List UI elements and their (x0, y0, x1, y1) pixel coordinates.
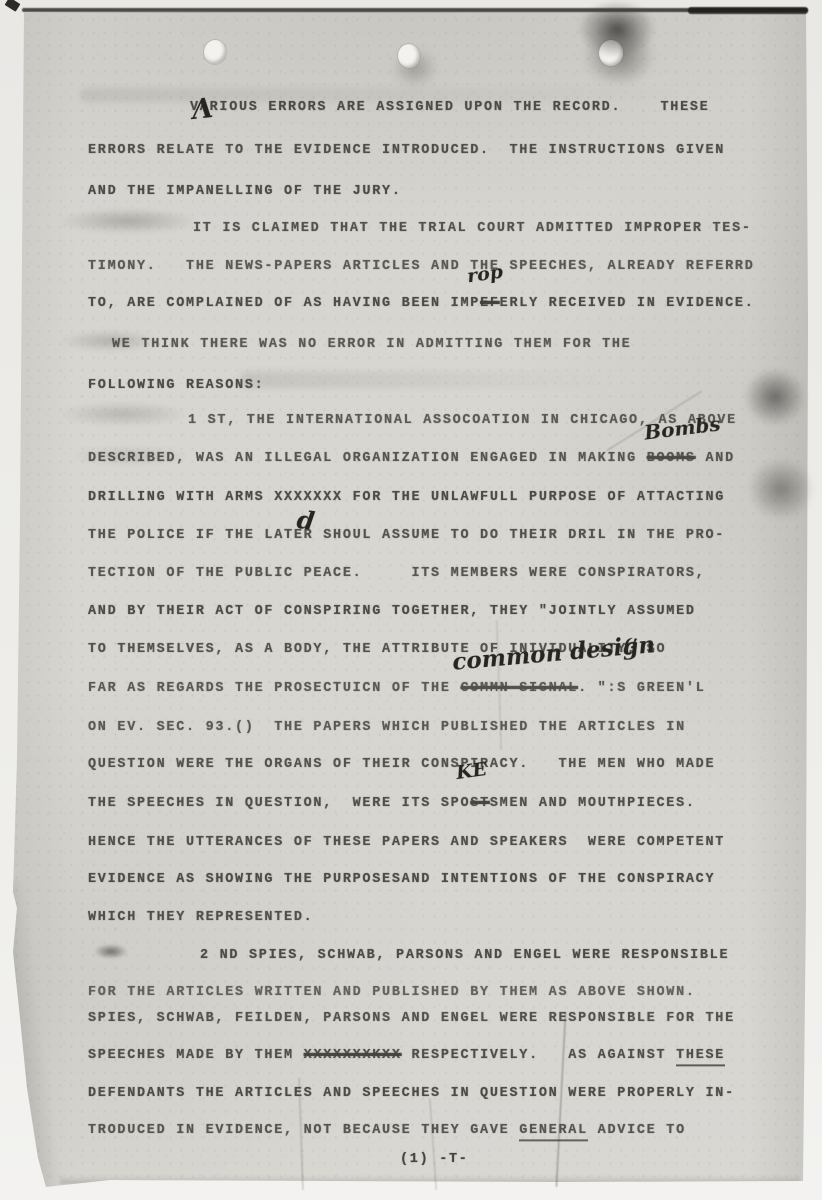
inserted-letter-a: Λ (190, 93, 214, 126)
inserted-bombs: Bombs (643, 411, 722, 444)
handwriting-layer: ΛropBombsdcommon design(!KE (0, 0, 822, 1200)
inserted-d: d (295, 505, 316, 536)
inserted-rop: rop (466, 261, 505, 288)
scanned-document: VARIOUS ERRORS ARE ASSIGNED UPON THE REC… (0, 0, 822, 1200)
inserted-ke: KE (455, 758, 489, 784)
